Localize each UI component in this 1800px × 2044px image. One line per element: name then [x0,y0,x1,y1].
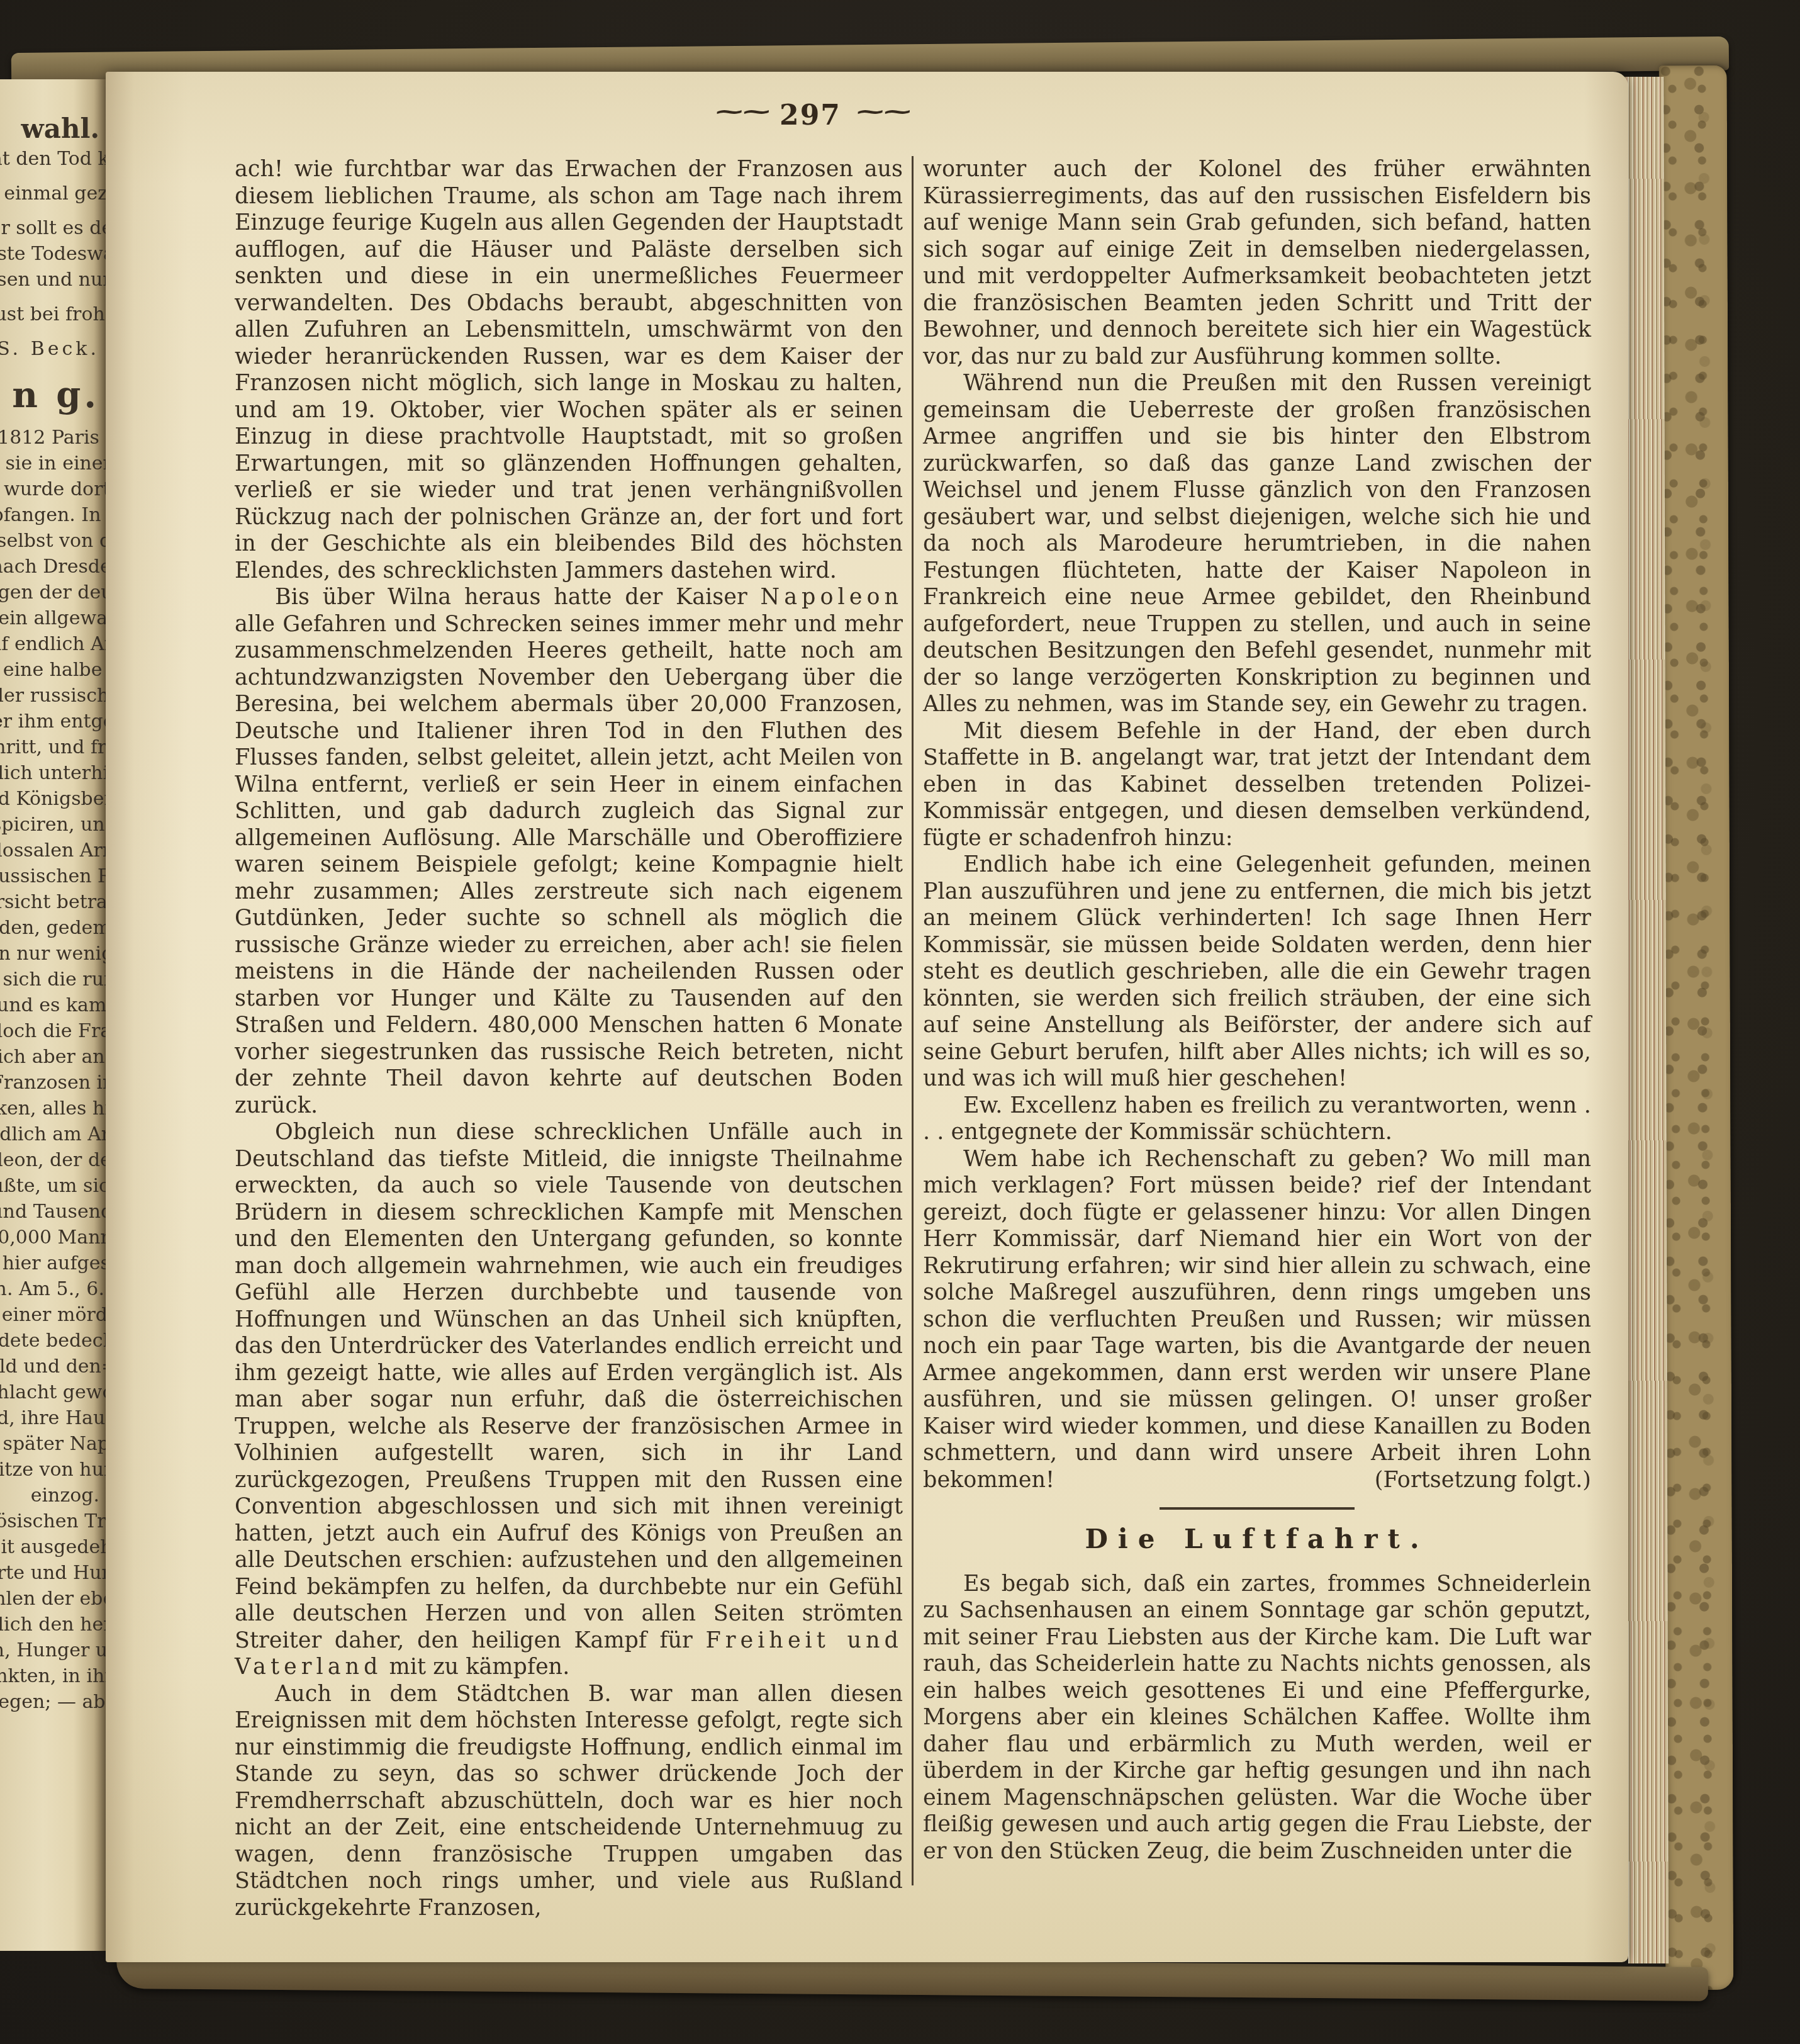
fragment-line: a nach Dresden, [0,554,99,580]
facing-page-sliver: wahl.icht den Tod könntun einmal gezollt… [0,79,108,1951]
body-text: Ew. Excellenz haben es freilich zu veran… [923,1093,1591,1145]
fragment-line: end, ihre Haupt= [0,1405,99,1431]
section-divider [1160,1507,1355,1510]
body-text: (Fortsetzung folgt.) [1375,1468,1591,1493]
fragment-line: n g. [0,374,99,416]
fragment-line: rahlen der eben [0,1586,99,1612]
fragment-line: zu einer mörde= [0,1302,99,1328]
fragment-line: mußte, um sich [0,1173,99,1199]
fragment-line: r sein allgewal= [0,605,99,631]
book-page: ~~297~~ ach! wie furchtbar war das Erwac… [106,72,1628,1962]
fragment-line: ht, sie in einem [0,451,99,476]
body-text: Wem habe ich Rechenschaft zu geben? Wo m… [923,1147,1591,1493]
fragment-line: weit ausgedehnte [0,1534,99,1560]
page-header: ~~297~~ [433,97,1188,132]
fragment-line: e Franzosen im= [0,1070,99,1096]
fragment-line: Schlacht gewon= [0,1379,99,1405]
fragment-line: an eine halbe [0,657,99,683]
fragment-line: ge später Napo= [0,1431,99,1457]
paragraph: ach! wie furchtbar war das Erwachen der … [235,156,903,584]
fragment-line: inspiciren, und [0,812,99,838]
fragment-line: daselbst von den [0,528,99,554]
paragraph: Wem habe ich Rechenschaft zu geben? Wo m… [923,1146,1591,1494]
fragment-line: nd wurde dort [0,476,99,502]
fragment-line: en sich die ruf= [0,967,99,992]
fragment-line: und Königsberg, [0,786,99,812]
paragraph: Während nun die Preußen mit den Russen v… [923,370,1591,718]
fragment-line: wahl. [0,112,99,146]
page-block-fore-edge [1623,77,1669,1963]
fragment-line: jedoch die Fran= [0,1018,99,1044]
fragment-line: nzösischen Trup= [0,1508,99,1534]
fragment-line: ai 1812 Paris [0,425,99,451]
paragraph: Auch in dem Städtchen B. war man allen d… [235,1681,903,1922]
fragment-line: derte und Hun= [0,1560,99,1586]
fragment-line: pflegen; — aber [0,1689,99,1715]
fragment-line: hier ihm entge= [0,709,99,734]
body-text: Auch in dem Städtchen B. war man allen d… [235,1682,903,1921]
fragment-line: s russischen Rei= [0,863,99,889]
body-text: Obgleich nun diese schrecklichen Unfälle… [235,1120,903,1653]
fragment-line: ndlich unterhielt. [0,760,99,786]
fragment-line: un einmal gezollt. [0,181,99,206]
fragment-line: Endlich am An= [0,1121,99,1147]
fragment-line: mpfangen. In [0,502,99,528]
fragment-line: winkten, in ihrem [0,1663,99,1689]
paragraph: Ew. Excellenz haben es freilich zu veran… [923,1092,1591,1146]
text-column-right: worunter auch der Kolonel des früher erw… [923,156,1591,1865]
fragment-line: poleon, der den [0,1147,99,1173]
paragraph: worunter auch der Kolonel des früher erw… [923,156,1591,370]
body-text: Es begab sich, daß ein zartes, frommes S… [923,1571,1591,1864]
fragment-line: ungen der deut= [0,580,99,605]
fragment-line: undete bedeckten [0,1328,99,1354]
body-text: ach! wie furchtbar war das Erwachen der … [235,157,903,583]
fragment-line: brust bei frohem [0,301,99,327]
header-ornament-right: ~~ [854,98,908,125]
fragment-line: tfeld und den= [0,1354,99,1379]
paragraph: Es begab sich, daß ein zartes, frommes S… [923,1571,1591,1865]
fragment-line: schritt, und fra= [0,734,99,760]
column-divider [912,156,914,1885]
book-cover-marbled-edge [1659,65,1734,1990]
story-heading: Die Luftfahrt. [923,1526,1591,1553]
fragment-line: tzlich aber ander= [0,1044,99,1070]
body-text: Endlich habe ich eine Gelegenheit gefund… [923,852,1591,1091]
emphasized-text: Napoleon [761,585,903,610]
body-text: alle Gefahren und Schrecken seines immer… [235,612,903,1118]
paragraph: Bis über Wilna heraus hatte der Kaiser N… [235,584,903,1119]
body-text: mit zu kämpfen. [382,1654,569,1680]
text-column-left: ach! wie furchtbar war das Erwachen der … [235,156,903,1921]
fragment-line: lten nur wenige [0,941,99,967]
fragment-line: icht den Tod könnt [0,146,99,172]
fragment-line: wer sollt es denken, [0,215,99,241]
body-text: worunter auch der Kolonel des früher erw… [923,157,1591,369]
fragment-line: kolossalen Armee [0,838,99,863]
fragment-line: e und Tausende [0,1199,99,1225]
fragment-line: traf endlich An= [0,631,99,657]
fragment-line: Spitze von hun= [0,1457,99,1483]
page-number: 297 [780,99,841,132]
fragment-line: S. Beck. [0,336,99,362]
fragment-line: einzog. [0,1483,99,1508]
fragment-line: zen. Am 5., 6. [0,1276,99,1302]
body-text: Mit diesem Befehle in der Hand, der eben… [923,719,1591,851]
paragraph: Mit diesem Befehle in der Hand, der eben… [923,718,1591,852]
fragment-line: ten, Hunger und [0,1637,99,1663]
body-text: Während nun die Preußen mit den Russen v… [923,371,1591,717]
fragment-line: 130,000 Mann [0,1225,99,1250]
fragment-line: ndlich den heran= [0,1612,99,1637]
fragment-line: Boden, gedemü= [0,915,99,941]
fragment-line: e, und es kam [0,992,99,1018]
paragraph: Obgleich nun diese schrecklichen Unfälle… [235,1119,903,1681]
fragment-line: versicht betraten [0,889,99,915]
fragment-line: ch hier aufgestellt, [0,1250,99,1276]
header-ornament-left: ~~ [713,98,767,125]
fragment-line: ocken, alles hin= [0,1096,99,1121]
fragment-line: n der russischen [0,683,99,709]
fragment-line: önste Todeswahl, [0,241,99,267]
fragment-line: Essen und nur [0,267,99,293]
book-scan: wahl.icht den Tod könntun einmal gezollt… [0,0,1800,2044]
paragraph: Endlich habe ich eine Gelegenheit gefund… [923,851,1591,1092]
body-text: Bis über Wilna heraus hatte der Kaiser [275,585,761,610]
left-column-fragments: wahl.icht den Tod könntun einmal gezollt… [0,112,99,1715]
